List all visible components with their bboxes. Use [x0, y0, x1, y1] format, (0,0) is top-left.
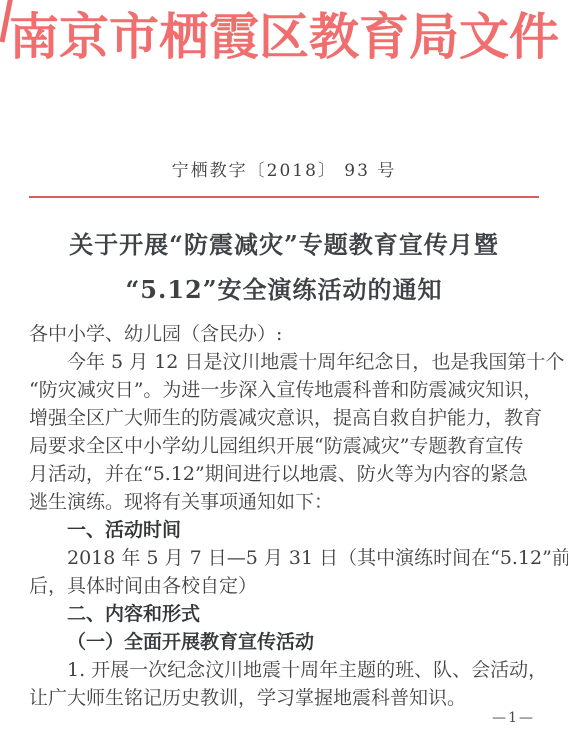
body-line: 增强全区广大师生的防震减灾意识，提高自救自护能力，教育 — [29, 404, 544, 432]
body-line: 逃生演练。现将有关事项通知如下： — [29, 488, 544, 516]
subsection-heading: （一）全面开展教育宣传活动 — [29, 628, 544, 656]
agency-header-title: 南京市栖霞区教育局文件 — [0, 8, 568, 66]
body-line: 1. 开展一次纪念汶川地震十周年主题的班、队、会活动， — [29, 656, 544, 684]
salutation-line: 各中小学、幼儿园（含民办）: — [29, 320, 544, 348]
body-line: 后，具体时间由各校自定） — [29, 572, 544, 600]
page-number: —1— — [492, 710, 535, 726]
document-title-line1: 关于开展“防震减灾”专题教育宣传月暨 — [0, 222, 568, 267]
document-number: 宁栖教字〔2018〕 93 号 — [0, 158, 568, 184]
body-line: 月活动，并在“5.12”期间进行以地震、防火等为内容的紧急 — [29, 460, 544, 488]
document-title: 关于开展“防震减灾”专题教育宣传月暨 “5.12”安全演练活动的通知 — [0, 222, 568, 312]
section-heading-2: 二、内容和形式 — [29, 600, 544, 628]
body-line: 局要求全区中小学幼儿园组织开展“防震减灾”专题教育宣传 — [29, 432, 544, 460]
body-line: “防灾减灾日”。为进一步深入宣传地震科普和防震减灾知识， — [29, 376, 544, 404]
body-line: 2018 年 5 月 7 日—5 月 31 日（其中演练时间在“5.12”前 — [29, 544, 544, 572]
document-page: 南京市栖霞区教育局文件 宁栖教字〔2018〕 93 号 关于开展“防震减灾”专题… — [0, 0, 568, 744]
body-line: 今年 5 月 12 日是汶川地震十周年纪念日，也是我国第十个 — [29, 348, 544, 376]
red-divider-line — [29, 196, 539, 198]
body-line: 让广大师生铭记历史教训，学习掌握地震科普知识。 — [29, 684, 544, 712]
section-heading-1: 一、活动时间 — [29, 516, 544, 544]
document-title-line2: “5.12”安全演练活动的通知 — [0, 267, 568, 312]
document-body: 各中小学、幼儿园（含民办）: 今年 5 月 12 日是汶川地震十周年纪念日，也是… — [29, 320, 544, 712]
